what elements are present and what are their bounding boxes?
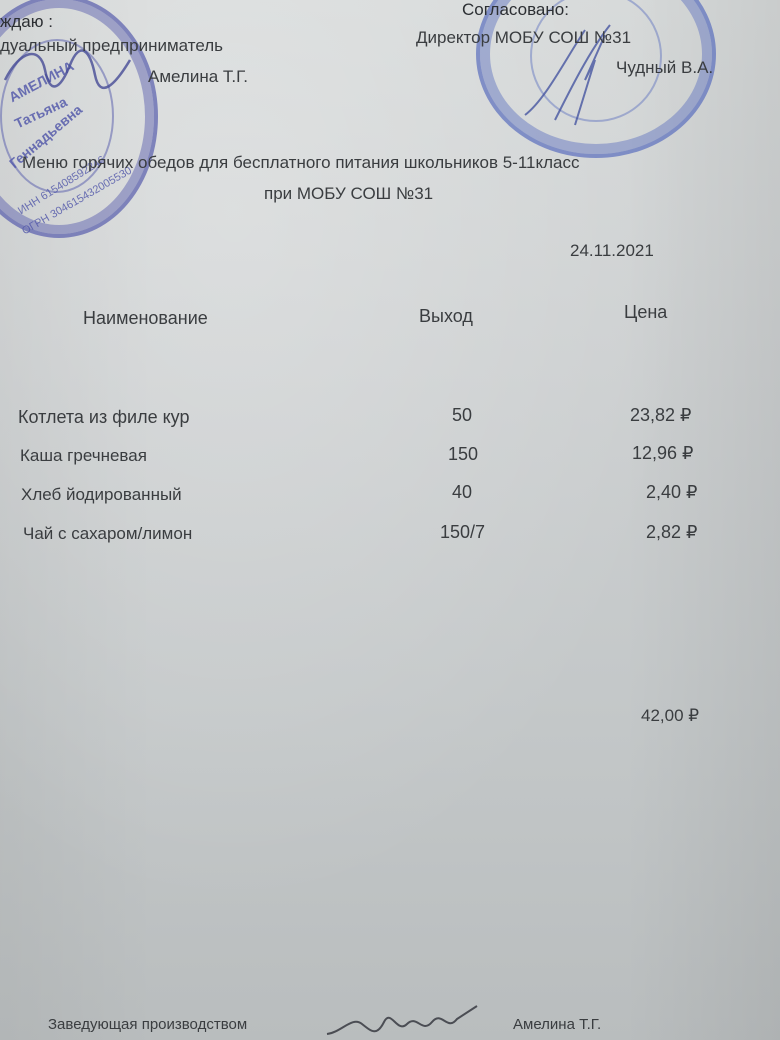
document-title-line2: при МОБУ СОШ №31	[264, 184, 433, 204]
item-yield: 150	[448, 444, 478, 465]
right-stamp	[476, 0, 716, 158]
document-date: 24.11.2021	[570, 241, 654, 261]
approve-name: Амелина Т.Г.	[148, 67, 248, 87]
item-name: Чай с сахаром/лимон	[23, 524, 192, 544]
footer-position: Заведующая производством	[48, 1016, 247, 1033]
item-price: 2,40 ₽	[646, 482, 698, 503]
stamp-first-name: Татьяна	[12, 93, 69, 131]
header-yield: Выход	[419, 306, 473, 327]
agreed-name: Чудный В.А.	[616, 58, 713, 78]
item-name: Котлета из филе кур	[18, 407, 190, 428]
approve-position: дуальный предприниматель	[0, 36, 223, 56]
agreed-label: Согласовано:	[462, 0, 569, 20]
stamp-surname: АМЕЛИНА	[6, 58, 76, 106]
footer-name: Амелина Т.Г.	[513, 1016, 601, 1033]
agreed-position: Директор МОБУ СОШ №31	[416, 28, 631, 48]
item-price: 12,96 ₽	[632, 443, 694, 464]
header-name: Наименование	[83, 308, 208, 329]
item-name: Хлеб йодированный	[21, 485, 182, 505]
approve-label: ждаю :	[0, 12, 53, 32]
stamp-ogrn: ОГРН 304615432005530	[20, 165, 134, 238]
total-price: 42,00 ₽	[641, 706, 699, 726]
item-yield: 40	[452, 482, 472, 503]
header-price: Цена	[624, 302, 667, 323]
item-price: 23,82 ₽	[630, 405, 692, 426]
item-name: Каша гречневая	[20, 446, 147, 466]
item-price: 2,82 ₽	[646, 522, 698, 543]
item-yield: 50	[452, 405, 472, 426]
document-title-line1: Меню горячих обедов для бесплатного пита…	[22, 153, 580, 173]
item-yield: 150/7	[440, 522, 485, 543]
footer-signature	[322, 1004, 492, 1040]
